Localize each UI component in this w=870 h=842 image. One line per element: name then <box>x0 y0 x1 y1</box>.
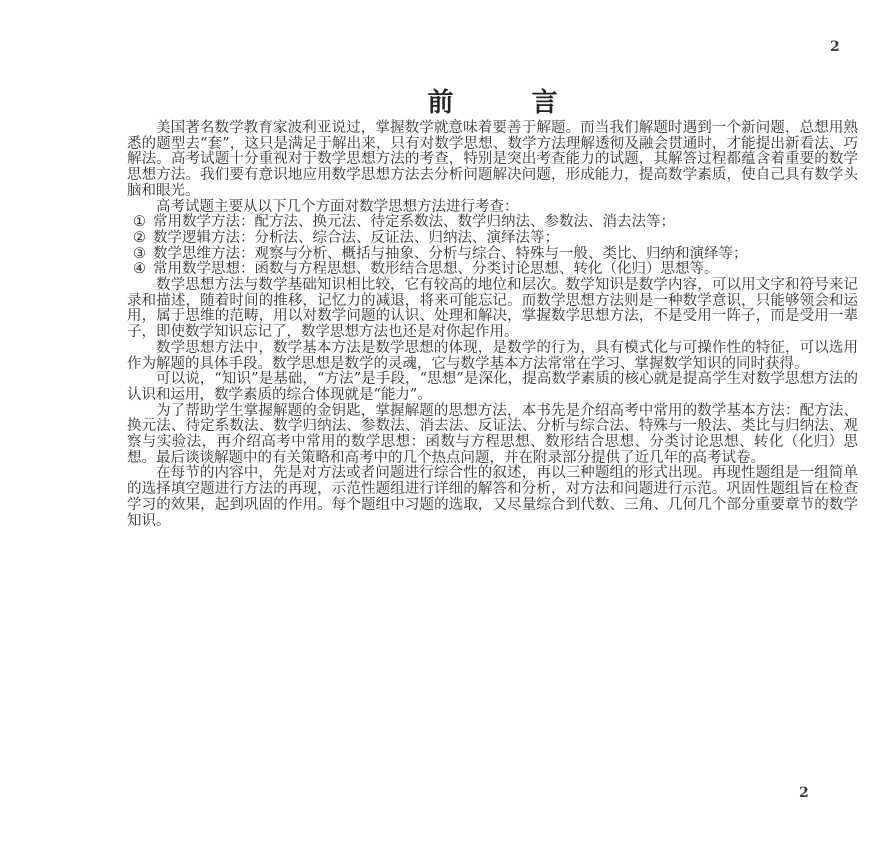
body-text: 美国著名数学教育家波利亚说过，掌握数学就意味着要善于解题。而当我们解题时遇到一个… <box>127 121 858 529</box>
document-page: 2 前 言 美国著名数学教育家波利亚说过，掌握数学就意味着要善于解题。而当我们解… <box>0 0 870 842</box>
list-marker-1: ① <box>133 214 146 230</box>
list-marker-3: ③ <box>133 246 146 262</box>
list-item-text-1: 常用数学方法：配方法、换元法、待定系数法、数学归纳法、参数法、消去法等； <box>153 214 675 230</box>
list-marker-4: ④ <box>133 261 146 277</box>
list-item-text-3: 数学思维方法：观察与分析、概括与抽象、分析与综合、特殊与一般、类比、归纳和演绎等… <box>153 246 748 262</box>
paragraph-intro: 美国著名数学教育家波利亚说过，掌握数学就意味着要善于解题。而当我们解题时遇到一个… <box>127 121 858 200</box>
page-number-bottom: 2 <box>799 785 809 801</box>
paragraph-comparison: 数学思想方法与数学基础知识相比较，它有较高的地位和层次。数学知识是数学内容，可以… <box>127 278 858 341</box>
paragraph-section-format: 在每节的内容中，先是对方法或者问题进行综合性的叙述，再以三种题组的形式出现。再现… <box>127 466 858 529</box>
page-title: 前 言 <box>127 82 858 119</box>
paragraph-embodiment: 数学思想方法中，数学基本方法是数学思想的体现，是数学的行为，具有模式化与可操作性… <box>127 341 858 372</box>
list-marker-2: ② <box>133 230 146 246</box>
list-item-text-4: 常用数学思想：函数与方程思想、数形结合思想、分类讨论思想、转化（化归）思想等。 <box>153 261 719 277</box>
list-item-common-methods: ①常用数学方法：配方法、换元法、待定系数法、数学归纳法、参数法、消去法等； <box>127 215 858 231</box>
paragraph-exam-intro: 高考试题主要从以下几个方面对数学思想方法进行考查： <box>127 200 858 216</box>
paragraph-knowledge-method-idea: 可以说，“知识”是基础，“方法”是手段，“思想”是深化，提高数学素质的核心就是提… <box>127 372 858 403</box>
list-item-thinking-methods: ③数学思维方法：观察与分析、概括与抽象、分析与综合、特殊与一般、类比、归纳和演绎… <box>127 247 858 263</box>
list-item-logic-methods: ②数学逻辑方法：分析法、综合法、反证法、归纳法、演绎法等； <box>127 231 858 247</box>
page-number-top: 2 <box>830 39 840 55</box>
list-item-common-ideas: ④常用数学思想：函数与方程思想、数形结合思想、分类讨论思想、转化（化归）思想等。 <box>127 262 858 278</box>
paragraph-book-structure: 为了帮助学生掌握解题的金钥匙，掌握解题的思想方法，本书先是介绍高考中常用的数学基… <box>127 404 858 467</box>
list-item-text-2: 数学逻辑方法：分析法、综合法、反证法、归纳法、演绎法等； <box>153 230 559 246</box>
